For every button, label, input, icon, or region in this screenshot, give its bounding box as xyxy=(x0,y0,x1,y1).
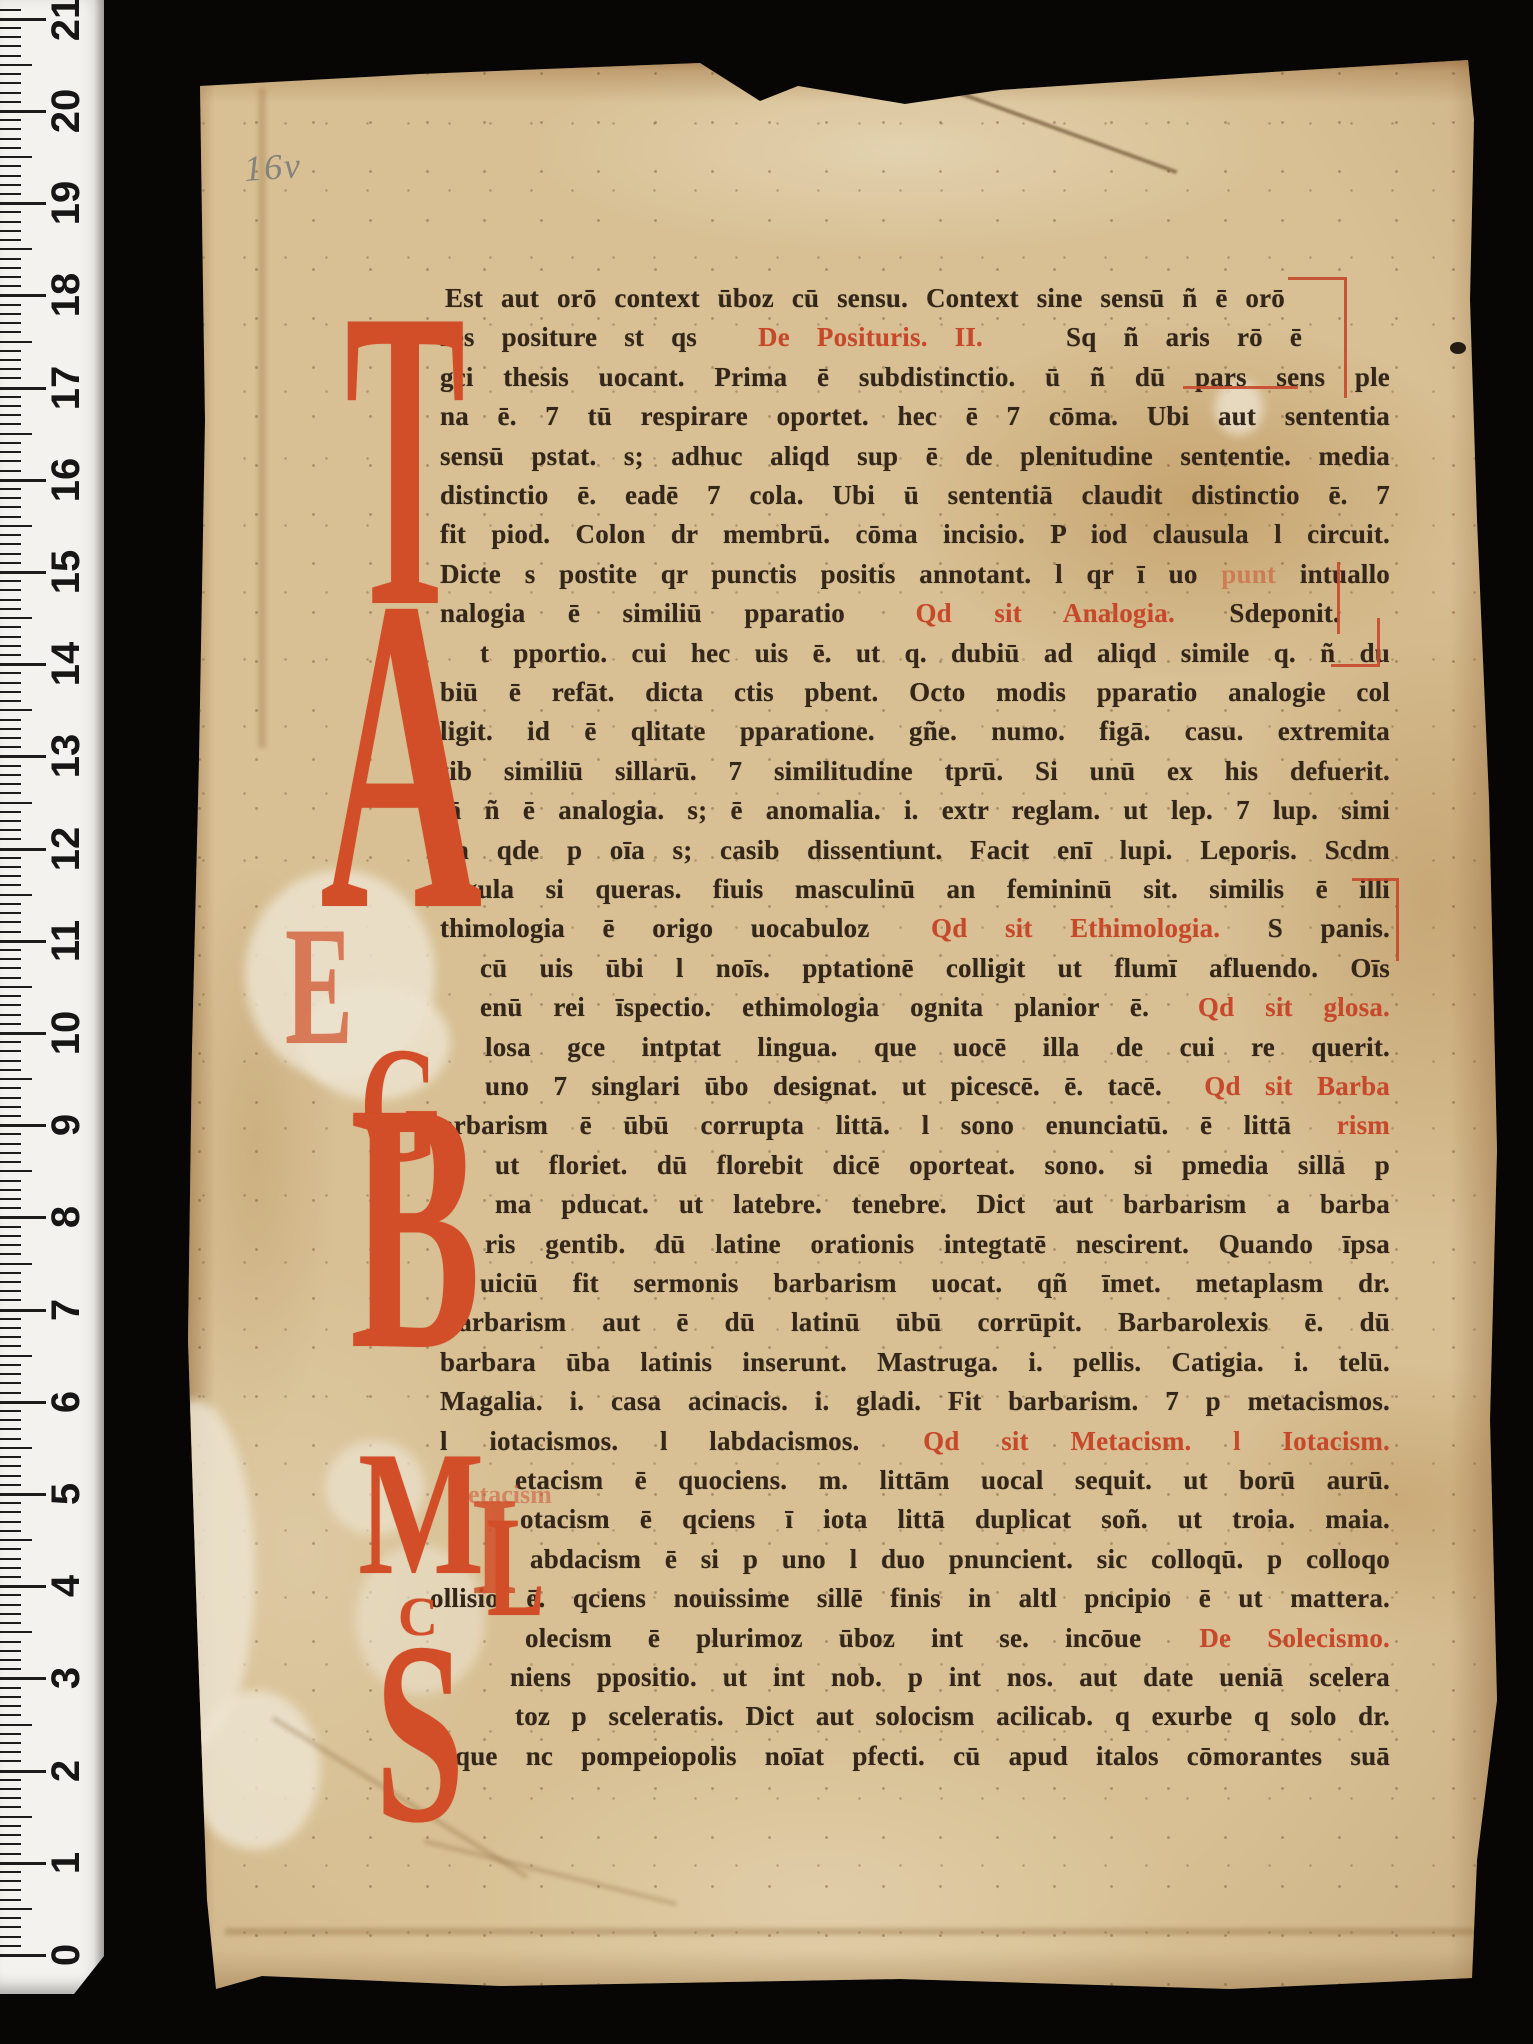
ruler-tick xyxy=(0,1484,21,1486)
rubric-bracket xyxy=(1183,386,1298,392)
ruler-tick xyxy=(0,258,21,260)
ruler-tick xyxy=(0,783,21,785)
ruler-tick xyxy=(0,377,21,379)
ink-text: toz p sceleratis. Dict aut solocism acil… xyxy=(515,1701,1390,1731)
initial-letter: L xyxy=(487,1496,545,1640)
initial-letter: B xyxy=(350,1049,481,1405)
ruler-tick xyxy=(0,442,21,444)
ruler-tick xyxy=(0,101,21,103)
ruler-tick xyxy=(0,1908,32,1910)
ruler-tick xyxy=(0,857,21,859)
ruler-tick xyxy=(0,36,21,38)
text-line: etacism ē quociens. m. littām uocal sequ… xyxy=(515,1460,1390,1500)
ink-text: olecism ē plurimoz ūboz int se. incōue xyxy=(525,1623,1177,1653)
text-line: Dicte s postite qr punctis positis annot… xyxy=(440,554,1390,594)
ruler-number: 1 xyxy=(46,1835,86,1891)
text-line: abdacism ē si p uno l duo pnuncient. sic… xyxy=(530,1539,1390,1579)
ruler-number: 12 xyxy=(46,821,86,877)
ruler-edge-shadow xyxy=(94,0,104,1994)
ruler-tick xyxy=(0,405,21,407)
ruler-tick xyxy=(0,1521,21,1523)
ruler-tick xyxy=(0,1263,32,1265)
ruler-tick xyxy=(0,1438,21,1440)
ruler-tick xyxy=(0,202,46,205)
ruler-number: 11 xyxy=(46,913,86,969)
ink-text: intuallo xyxy=(1300,559,1390,589)
ruler-tick xyxy=(0,1244,21,1246)
ink-text: lia qde p oīa s; casib dissentiunt. Faci… xyxy=(440,835,1390,865)
ink-text: Sdeponit. xyxy=(1229,598,1340,628)
ruler-tick xyxy=(0,193,21,195)
ink-text: na ē. 7 tū respirare oportet. hec ē 7 cō… xyxy=(440,401,1390,431)
ruler-tick xyxy=(0,1843,21,1845)
ruler-number: 17 xyxy=(46,360,86,416)
ruler-tick xyxy=(0,1604,21,1606)
ruler-number: 8 xyxy=(46,1189,86,1245)
ruler-tick xyxy=(0,1733,21,1735)
ruler-tick xyxy=(0,368,21,370)
ruler-tick xyxy=(0,1106,21,1108)
ruler-tick xyxy=(0,1926,21,1928)
text-line: ut floriet. dū florebit dicē oporteat. s… xyxy=(495,1145,1390,1185)
ruler-tick xyxy=(0,387,46,390)
ruler-tick xyxy=(0,1087,21,1089)
ruler-number: 20 xyxy=(46,83,86,139)
ink-text: losa gce intptat lingua. que uocē illa d… xyxy=(485,1032,1390,1062)
ruler-tick xyxy=(0,1318,21,1320)
ruler-tick xyxy=(0,1401,46,1404)
ruler-tick xyxy=(0,580,21,582)
ink-text: t pportio. cui hec uis ē. ut q. dubiū ad… xyxy=(480,638,1390,668)
ruler-tick xyxy=(0,55,21,57)
ruler-tick xyxy=(0,230,21,232)
rubric-text: rism xyxy=(1323,1110,1390,1140)
ruler-tick xyxy=(0,285,21,287)
ruler-tick xyxy=(0,267,21,269)
ink-text: uno 7 singlari ūbo designat. ut picescē.… xyxy=(485,1071,1186,1101)
ruler-number: 15 xyxy=(46,544,86,600)
manuscript-photo-stage: 0123456789101112131415161718192021 16v E… xyxy=(0,0,1533,2044)
ruler-tick xyxy=(0,875,21,877)
ruler-number: 10 xyxy=(46,1005,86,1061)
ink-text: distinctio ē. eadē 7 cola. Ubi ū sentent… xyxy=(440,480,1390,510)
ink-text: lā ñ ē analogia. s; ē anomalia. i. extr … xyxy=(440,795,1390,825)
ruler-tick xyxy=(0,746,21,748)
ruler-tick xyxy=(0,350,21,352)
text-line: res positure st qs De Posituris. II. Sq … xyxy=(440,317,1302,357)
ruler-tick xyxy=(0,341,32,343)
ruler-tick xyxy=(0,1853,21,1855)
ruler-tick xyxy=(0,1936,21,1938)
ruler-tick xyxy=(0,18,46,21)
ruler-tick xyxy=(0,534,21,536)
ruler-tick xyxy=(0,636,21,638)
ink-text: ris gentib. dū latine orationis integtat… xyxy=(485,1229,1390,1259)
ruler-tick xyxy=(0,1797,21,1799)
rubric-text: Qd sit Ethimologia. xyxy=(907,913,1268,943)
ruler-tick xyxy=(0,1779,21,1781)
ruler-tick xyxy=(0,313,21,315)
ruler-tick xyxy=(0,92,21,94)
ruler-tick xyxy=(0,995,21,997)
measurement-ruler: 0123456789101112131415161718192021 xyxy=(0,0,104,1994)
ruler-tick xyxy=(0,884,21,886)
text-line: fit piod. Colon dr membrū. cōma incisio.… xyxy=(440,514,1390,554)
ink-text: Sq ñ aris rō ē xyxy=(1026,322,1302,352)
ruler-number: 21 xyxy=(46,0,86,47)
ruler-tick xyxy=(0,414,21,416)
ruler-tick xyxy=(0,396,21,398)
ruler-tick xyxy=(0,1060,21,1062)
ruler-tick xyxy=(0,1014,21,1016)
ruler-tick xyxy=(0,571,46,574)
ruler-tick xyxy=(0,1299,21,1301)
ruler-tick xyxy=(0,986,32,988)
ruler-tick xyxy=(0,1336,21,1338)
ruler-tick xyxy=(0,921,21,923)
ruler-tick xyxy=(0,1143,21,1145)
ruler-tick xyxy=(0,1419,21,1421)
ruler-tick xyxy=(0,1502,21,1504)
ruler-tick xyxy=(0,1069,21,1071)
ruler-tick xyxy=(0,1622,21,1624)
ruler-number: 16 xyxy=(46,452,86,508)
ruler-tick xyxy=(0,1770,46,1773)
ruler-tick xyxy=(0,1788,21,1790)
ruler-tick xyxy=(0,211,21,213)
ruler-tick xyxy=(0,1880,21,1882)
ink-text: que nc pompeiopolis noīat pfecti. cū apu… xyxy=(455,1741,1390,1771)
text-line: thimologia ē origo uocabuloz Qd sit Ethi… xyxy=(440,908,1390,948)
ruler-tick xyxy=(0,1751,21,1753)
ink-text: otacism ē qciens ī iota littā duplicat s… xyxy=(520,1504,1390,1534)
ruler-tick xyxy=(0,765,21,767)
ruler-tick xyxy=(0,1023,21,1025)
ruler-tick xyxy=(0,977,21,979)
ruler-tick xyxy=(0,1511,21,1513)
ruler-tick xyxy=(0,451,21,453)
ruler-tick xyxy=(0,1456,21,1458)
ruler-tick xyxy=(0,1465,21,1467)
initial-letter: S xyxy=(375,1603,465,1863)
ruler-tick xyxy=(0,138,21,140)
ruler-number: 9 xyxy=(46,1097,86,1153)
ruler-tick xyxy=(0,497,21,499)
ruler-tick xyxy=(0,1097,21,1099)
ruler-tick xyxy=(0,1373,21,1375)
ruler-tick xyxy=(0,1309,46,1312)
ruler-tick xyxy=(0,912,21,914)
ruler-tick xyxy=(0,617,32,619)
ruler-number: 4 xyxy=(46,1558,86,1614)
ruler-tick xyxy=(0,1917,21,1919)
text-line: otacism ē qciens ī iota littā duplicat s… xyxy=(520,1499,1390,1539)
ruler-tick xyxy=(0,1742,21,1744)
ink-text: Dicte s postite qr punctis positis annot… xyxy=(440,559,1221,589)
ruler-tick xyxy=(0,1447,32,1449)
ink-text: regula si queras. fiuis masculinū an fem… xyxy=(440,874,1390,904)
ruler-tick xyxy=(0,553,21,555)
ruler-tick xyxy=(0,331,21,333)
ruler-tick xyxy=(0,248,32,250)
ruler-tick xyxy=(0,1170,32,1172)
ruler-tick xyxy=(0,128,21,130)
text-line: barbara ūba latinis inserunt. Mastruga. … xyxy=(440,1342,1390,1382)
text-line: ollisio ē. qciens nouissime sillē finis … xyxy=(430,1578,1390,1618)
ruler-number: 0 xyxy=(46,1927,86,1983)
ruler-tick xyxy=(0,1050,21,1052)
text-line: biū ē refāt. dicta ctis pbent. Octo modi… xyxy=(440,672,1390,712)
text-line: ris gentib. dū latine orationis integtat… xyxy=(485,1224,1390,1264)
ink-text: Magalia. i. casa acinacis. i. gladi. Fit… xyxy=(440,1386,1390,1416)
rubric-text: Qd sit glosa. xyxy=(1180,992,1390,1022)
ruler-tick xyxy=(0,1180,21,1182)
ruler-tick xyxy=(0,1585,46,1588)
ruler-tick xyxy=(0,294,46,297)
ink-text: nalogia ē similiū pparatio xyxy=(440,598,887,628)
ink-text: etacism ē quociens. m. littām uocal sequ… xyxy=(515,1465,1390,1495)
ruler-tick xyxy=(0,73,21,75)
ruler-tick xyxy=(0,838,21,840)
ruler-tick xyxy=(0,1493,46,1496)
text-line: toz p sceleratis. Dict aut solocism acil… xyxy=(515,1696,1390,1736)
ink-text: tib similiū sillarū. 7 similitudine tprū… xyxy=(440,756,1390,786)
ruler-tick xyxy=(0,894,32,896)
ruler-tick xyxy=(0,221,21,223)
text-line: distinctio ē. eadē 7 cola. Ubi ū sentent… xyxy=(440,475,1390,515)
text-line: Est aut orō context ūboz cū sensu. Conte… xyxy=(445,278,1285,318)
ruler-tick xyxy=(0,1152,21,1154)
ruler-tick xyxy=(0,719,21,721)
ruler-tick xyxy=(0,1253,21,1255)
ink-text: ut floriet. dū florebit dicē oporteat. s… xyxy=(495,1150,1390,1180)
ruler-tick xyxy=(0,479,46,482)
ruler-tick xyxy=(0,1760,21,1762)
text-line: l iotacismos. l labdacismos. Qd sit Meta… xyxy=(440,1421,1390,1461)
ruler-tick xyxy=(0,1558,21,1560)
ruler-tick xyxy=(0,1216,46,1219)
ink-text: enū rei īspectio. ethimologia ognita pla… xyxy=(480,992,1180,1022)
ruler-tick xyxy=(0,1889,21,1891)
ink-text: barbara ūba latinis inserunt. Mastruga. … xyxy=(440,1347,1390,1377)
text-line: enū rei īspectio. ethimologia ognita pla… xyxy=(480,987,1390,1027)
ruler-tick xyxy=(0,433,32,435)
rubric-ghost-text: etacism xyxy=(468,1480,552,1510)
rubric-bracket xyxy=(1288,277,1347,398)
text-block: Est aut orō context ūboz cū sensu. Conte… xyxy=(0,0,1533,2044)
ruler-tick xyxy=(0,1631,32,1633)
ruler-tick xyxy=(0,802,32,804)
ruler-tick xyxy=(0,1004,21,1006)
ruler-tick xyxy=(0,1161,21,1163)
ruler-tick xyxy=(0,1871,21,1873)
text-line: regula si queras. fiuis masculinū an fem… xyxy=(440,869,1390,909)
text-line: que nc pompeiopolis noīat pfecti. cū apu… xyxy=(455,1736,1390,1776)
ruler-tick xyxy=(0,82,21,84)
initial-letter: E xyxy=(285,901,353,1071)
ink-text: Est aut orō context ūboz cū sensu. Conte… xyxy=(445,283,1285,313)
ruler-number: 2 xyxy=(46,1743,86,1799)
ruler-tick xyxy=(0,1364,21,1366)
ruler-number: 14 xyxy=(46,636,86,692)
ruler-tick xyxy=(0,1806,21,1808)
ruler-tick xyxy=(0,866,21,868)
ruler-number: 13 xyxy=(46,728,86,784)
ruler-tick xyxy=(0,1576,21,1578)
ruler-tick xyxy=(0,322,21,324)
ruler-tick xyxy=(0,1724,32,1726)
ink-text: uiciū fit sermonis barbarism uocat. qñ ī… xyxy=(480,1268,1390,1298)
ruler-tick xyxy=(0,626,21,628)
ruler-tick xyxy=(0,774,21,776)
text-line: ligit. id ē qlitate pparatione. gñe. num… xyxy=(440,711,1390,751)
text-line: sensū pstat. s; adhuc aliqd sup ē de ple… xyxy=(440,436,1390,476)
rubric-text: punt xyxy=(1221,559,1300,589)
ruler-tick xyxy=(0,1327,21,1329)
ruler-tick xyxy=(0,1696,21,1698)
ruler-tick xyxy=(0,682,21,684)
ruler-tick xyxy=(0,175,21,177)
ink-text: fit piod. Colon dr membrū. cōma incisio.… xyxy=(440,519,1390,549)
ruler-tick xyxy=(0,359,21,361)
ruler-tick xyxy=(0,1945,21,1947)
ink-text: l iotacismos. l labdacismos. xyxy=(440,1426,901,1456)
ruler-tick xyxy=(0,700,21,702)
ruler-tick xyxy=(0,9,21,11)
ruler-tick xyxy=(0,506,21,508)
ruler-tick xyxy=(0,1272,21,1274)
ruler-number: 18 xyxy=(46,267,86,323)
ruler-tick xyxy=(0,423,21,425)
ink-text: sensū pstat. s; adhuc aliqd sup ē de ple… xyxy=(440,441,1390,471)
ruler-tick xyxy=(0,608,21,610)
ruler-tick xyxy=(0,903,21,905)
ink-text: Barbarism aut ē dū latinū ūbū corrūpit. … xyxy=(440,1307,1390,1337)
ruler-tick xyxy=(0,562,21,564)
ruler-tick xyxy=(0,543,21,545)
ruler-tick xyxy=(0,1032,46,1035)
ink-text: arbarism ē ūbū corrupta littā. l sono en… xyxy=(440,1110,1323,1140)
ruler-tick xyxy=(0,1281,21,1283)
ruler-tick xyxy=(0,599,21,601)
text-line: lā ñ ē analogia. s; ē anomalia. i. extr … xyxy=(440,790,1390,830)
ruler-tick xyxy=(0,1198,21,1200)
ruler-tick xyxy=(0,728,21,730)
ruler-tick xyxy=(0,967,21,969)
ruler-tick xyxy=(0,239,21,241)
ruler-number: 19 xyxy=(46,175,86,231)
rubric-text: De Solecismo. xyxy=(1177,1623,1390,1653)
ruler-tick xyxy=(0,1687,21,1689)
ruler-tick xyxy=(0,45,21,47)
rubric-bracket xyxy=(1352,878,1399,961)
ruler-tick xyxy=(0,1567,21,1569)
ruler-tick xyxy=(0,691,21,693)
ruler-tick xyxy=(0,1133,21,1135)
ruler-tick xyxy=(0,1613,21,1615)
ruler-tick xyxy=(0,663,46,666)
rubric-bracket xyxy=(1331,618,1380,667)
ruler-tick xyxy=(0,110,46,113)
ink-text: thimologia ē origo uocabuloz xyxy=(440,913,907,943)
ruler-tick xyxy=(0,1235,21,1237)
ink-text: biū ē refāt. dicta ctis pbent. Octo modi… xyxy=(440,677,1390,707)
ruler-tick xyxy=(0,1124,46,1127)
ruler-tick xyxy=(0,1078,32,1080)
initial-letter: M xyxy=(358,1424,484,1602)
ruler-tick xyxy=(0,1825,21,1827)
ink-text: res positure st qs xyxy=(440,322,724,352)
ruler-tick xyxy=(0,1816,32,1818)
ruler-tick xyxy=(0,276,21,278)
ruler-tick xyxy=(0,1659,21,1661)
ink-text: cū uis ūbi l noīs. pptationē colligit ut… xyxy=(480,953,1390,983)
text-line: Barbarism aut ē dū latinū ūbū corrūpit. … xyxy=(440,1302,1390,1342)
ruler-tick xyxy=(0,1290,21,1292)
ruler-tick xyxy=(0,1355,32,1357)
ruler-tick xyxy=(0,709,32,711)
ruler-tick xyxy=(0,1705,21,1707)
ruler-tick xyxy=(0,27,21,29)
ruler-number: 3 xyxy=(46,1650,86,1706)
text-line: uiciū fit sermonis barbarism uocat. qñ ī… xyxy=(480,1263,1390,1303)
ink-text: ligit. id ē qlitate pparatione. gñe. num… xyxy=(440,716,1390,746)
ruler-tick xyxy=(0,1539,32,1541)
ruler-tick xyxy=(0,1115,21,1117)
ruler-tick xyxy=(0,1650,21,1652)
ruler-tick xyxy=(0,1677,46,1680)
ruler-tick xyxy=(0,829,21,831)
ruler-tick xyxy=(0,811,21,813)
text-line: cū uis ūbi l noīs. pptationē colligit ut… xyxy=(480,948,1390,988)
rubric-text: Qd sit Barba xyxy=(1186,1071,1390,1101)
ruler-tick xyxy=(0,1382,21,1384)
ruler-tick xyxy=(0,1899,21,1901)
ruler-tick xyxy=(0,1594,21,1596)
ruler-tick xyxy=(0,737,21,739)
ruler-number: 7 xyxy=(46,1282,86,1338)
ruler-tick xyxy=(0,304,21,306)
ruler-tick xyxy=(0,645,21,647)
text-line: na ē. 7 tū respirare oportet. hec ē 7 cō… xyxy=(440,396,1390,436)
ruler-tick xyxy=(0,119,21,121)
text-line: losa gce intptat lingua. que uocē illa d… xyxy=(485,1027,1390,1067)
ink-text: ollisio ē. qciens nouissime sillē finis … xyxy=(430,1583,1390,1613)
ruler-tick xyxy=(0,1714,21,1716)
text-line: tib similiū sillarū. 7 similitudine tprū… xyxy=(440,751,1390,791)
text-line: lia qde p oīa s; casib dissentiunt. Faci… xyxy=(440,830,1390,870)
text-line: olecism ē plurimoz ūboz int se. incōue D… xyxy=(525,1618,1390,1658)
ruler-tick xyxy=(0,184,21,186)
ruler-tick xyxy=(0,470,21,472)
ruler-tick xyxy=(0,1641,21,1643)
ruler-tick xyxy=(0,949,21,951)
ruler-tick xyxy=(0,1410,21,1412)
parchment-leaf: 16v Est aut orō context ūboz cū sensu. C… xyxy=(0,0,1533,2044)
ruler-tick xyxy=(0,589,21,591)
ruler-tick xyxy=(0,147,21,149)
ink-text: ma pducat. ut latebre. tenebre. Dict aut… xyxy=(495,1189,1390,1219)
ruler-tick xyxy=(0,1189,21,1191)
ruler-tick xyxy=(0,1548,21,1550)
ruler-tick xyxy=(0,1834,21,1836)
text-line: nalogia ē similiū pparatio Qd sit Analog… xyxy=(440,593,1340,633)
ruler-tick xyxy=(0,1862,46,1865)
ruler-tick xyxy=(0,958,21,960)
ruler-tick xyxy=(0,848,46,851)
ruler-number: 6 xyxy=(46,1374,86,1430)
ink-text: abdacism ē si p uno l duo pnuncient. sic… xyxy=(530,1544,1390,1574)
